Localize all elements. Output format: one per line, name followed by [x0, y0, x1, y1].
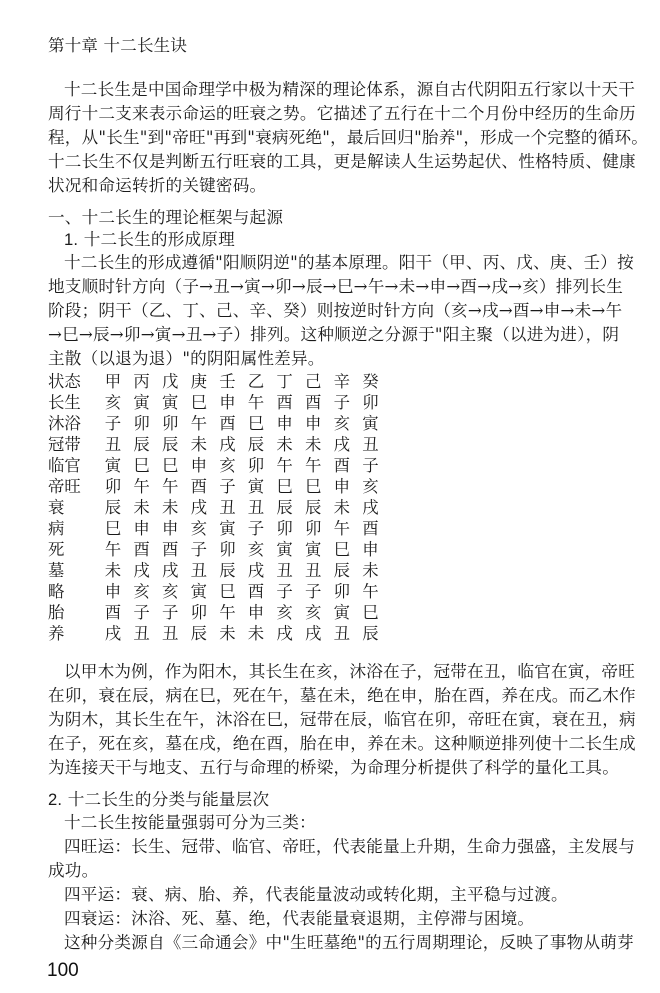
branch-cell: 亥: [216, 455, 238, 476]
branch-cell: 卯: [359, 392, 381, 413]
branch-cell: 卯: [216, 539, 238, 560]
branch-cell: 寅: [359, 413, 381, 434]
branch-cell: 巳: [359, 602, 381, 623]
branch-cell: 丑: [131, 623, 153, 644]
branch-cell: 卯: [131, 413, 153, 434]
branch-cell: 午: [216, 602, 238, 623]
branch-cell: 酉: [359, 518, 381, 539]
section-heading: 一、十二长生的理论框架与起源: [48, 208, 283, 228]
branch-cell: 丑: [188, 560, 210, 581]
branch-cell: 酉: [188, 476, 210, 497]
text-line: 程，从"长生"到"帝旺"再到"衰病死绝"，最后回归"胎养"，形成一个完整的循环。: [48, 128, 648, 148]
branch-cell: 申: [245, 602, 267, 623]
branch-cell: 巳: [159, 455, 181, 476]
row-label: 胎: [48, 602, 108, 623]
row-label: 略: [48, 581, 108, 602]
branch-cell: 戌: [245, 560, 267, 581]
branch-cell: 戌: [302, 623, 324, 644]
subsection-heading: 1. 十二长生的形成原理: [64, 230, 235, 250]
branch-cell: 戌: [188, 497, 210, 518]
branch-cell: 辰: [159, 434, 181, 455]
branch-cell: 申: [274, 413, 296, 434]
branch-cell: 子: [188, 539, 210, 560]
branch-cell: 子: [331, 392, 353, 413]
text-line: 十二长生不仅是判断五行旺衰的工具，更是解读人生运势起伏、性格特质、健康: [48, 152, 636, 172]
text-line: 阶段；阴干（乙、丁、己、辛、癸）则按逆时针方向（亥→戌→酉→申→未→午: [48, 301, 622, 321]
branch-cell: 未: [159, 497, 181, 518]
branch-cell: 午: [188, 413, 210, 434]
branch-cell: 戌: [359, 497, 381, 518]
branch-cell: 午: [131, 476, 153, 497]
branch-cell: 卯: [302, 518, 324, 539]
stem-header-cell: 辛: [331, 371, 353, 392]
text-line: 为连接天干与地支、五行与命理的桥梁，为命理分析提供了科学的量化工具。: [48, 758, 619, 778]
branch-cell: 亥: [331, 413, 353, 434]
branch-cell: 卯: [245, 455, 267, 476]
text-line: 以甲木为例，作为阳木，其长生在亥，沐浴在子，冠带在丑，临官在寅，帝旺: [64, 662, 635, 682]
branch-cell: 巳: [188, 392, 210, 413]
subsection-title: 十二长生的分类与能量层次: [68, 790, 270, 809]
row-label: 病: [48, 518, 108, 539]
branch-cell: 丑: [159, 623, 181, 644]
page-number: 100: [47, 960, 79, 982]
branch-cell: 子: [359, 455, 381, 476]
branch-cell: 卯: [188, 602, 210, 623]
row-label: 衰: [48, 497, 108, 518]
branch-cell: 戌: [159, 560, 181, 581]
branch-cell: 申: [131, 518, 153, 539]
branch-cell: 辰: [102, 497, 124, 518]
subsection-number: 1.: [64, 230, 78, 249]
branch-cell: 辰: [359, 623, 381, 644]
branch-cell: 亥: [245, 539, 267, 560]
branch-cell: 寅: [131, 392, 153, 413]
branch-cell: 丑: [102, 434, 124, 455]
branch-cell: 酉: [331, 455, 353, 476]
branch-cell: 午: [274, 455, 296, 476]
branch-cell: 酉: [102, 602, 124, 623]
subsection-title: 十二长生的形成原理: [84, 230, 235, 249]
branch-cell: 辰: [216, 560, 238, 581]
stem-header-cell: 庚: [188, 371, 210, 392]
stem-header-cell: 癸: [359, 371, 381, 392]
subsection-heading: 2. 十二长生的分类与能量层次: [48, 790, 269, 810]
branch-cell: 巳: [216, 581, 238, 602]
branch-cell: 寅: [245, 476, 267, 497]
branch-cell: 子: [216, 476, 238, 497]
branch-cell: 亥: [274, 602, 296, 623]
branch-cell: 巳: [274, 476, 296, 497]
stem-header-cell: 丙: [131, 371, 153, 392]
branch-cell: 辰: [274, 497, 296, 518]
stem-header-cell: 丁: [274, 371, 296, 392]
branch-cell: 丑: [274, 560, 296, 581]
branch-cell: 巳: [331, 539, 353, 560]
stem-header-cell: 戊: [159, 371, 181, 392]
branch-cell: 午: [245, 392, 267, 413]
branch-cell: 酉: [216, 413, 238, 434]
branch-cell: 午: [359, 581, 381, 602]
branch-cell: 未: [302, 434, 324, 455]
branch-cell: 酉: [274, 392, 296, 413]
branch-cell: 巳: [131, 455, 153, 476]
branch-cell: 酉: [131, 539, 153, 560]
branch-cell: 寅: [102, 455, 124, 476]
branch-cell: 未: [131, 497, 153, 518]
branch-cell: 午: [302, 455, 324, 476]
branch-cell: 巳: [102, 518, 124, 539]
text-line: 四衰运：沐浴、死、墓、绝，代表能量衰退期，主停滞与困境。: [64, 909, 534, 929]
branch-cell: 辰: [131, 434, 153, 455]
branch-cell: 未: [102, 560, 124, 581]
text-line: →巳→辰→卯→寅→丑→子）排列。这种顺逆之分源于"阳主聚（以进为进），阴: [48, 325, 619, 345]
branch-cell: 子: [102, 413, 124, 434]
branch-cell: 辰: [245, 434, 267, 455]
text-line: 十二长生按能量强弱可分为三类：: [64, 813, 316, 833]
row-label: 死: [48, 539, 108, 560]
branch-cell: 未: [274, 434, 296, 455]
branch-cell: 申: [188, 455, 210, 476]
branch-cell: 卯: [274, 518, 296, 539]
branch-cell: 子: [302, 581, 324, 602]
branch-cell: 戌: [331, 434, 353, 455]
text-line: 周行十二支来表示命运的旺衰之势。它描述了五行在十二个月份中经历的生命历: [48, 104, 636, 124]
text-line: 主散（以退为退）"的阴阳属性差异。: [48, 349, 325, 369]
branch-cell: 卯: [102, 476, 124, 497]
branch-cell: 申: [102, 581, 124, 602]
text-line: 状况和命运转折的关键密码。: [48, 176, 266, 196]
text-line: 四旺运：长生、冠带、临官、帝旺，代表能量上升期，生命力强盛，主发展与: [64, 837, 635, 857]
stem-header-cell: 甲: [102, 371, 124, 392]
branch-cell: 未: [188, 434, 210, 455]
branch-cell: 戌: [274, 623, 296, 644]
branch-cell: 丑: [245, 497, 267, 518]
row-label: 临官: [48, 455, 108, 476]
branch-cell: 子: [274, 581, 296, 602]
row-label: 长生: [48, 392, 108, 413]
text-line: 在卯，衰在辰，病在巳，死在午，墓在未，绝在申，胎在酉，养在戌。而乙木作: [48, 686, 636, 706]
branch-cell: 戌: [102, 623, 124, 644]
branch-cell: 卯: [159, 413, 181, 434]
chapter-title: 第十章 十二长生诀: [48, 36, 187, 56]
text-line: 地支顺时针方向（子→丑→寅→卯→辰→巳→午→未→申→酉→戌→亥）排列长生: [48, 277, 623, 297]
branch-cell: 申: [216, 392, 238, 413]
branch-cell: 寅: [302, 539, 324, 560]
branch-cell: 未: [331, 497, 353, 518]
branch-cell: 亥: [359, 476, 381, 497]
text-line: 为阴木，其长生在午，沐浴在巳，冠带在辰，临官在卯，帝旺在寅，衰在丑，病: [48, 710, 636, 730]
branch-cell: 辰: [302, 497, 324, 518]
text-line: 十二长生是中国命理学中极为精深的理论体系，源自古代阴阳五行家以十天干: [64, 80, 635, 100]
branch-cell: 酉: [159, 539, 181, 560]
branch-cell: 亥: [302, 602, 324, 623]
stem-header-cell: 壬: [216, 371, 238, 392]
branch-cell: 丑: [302, 560, 324, 581]
branch-cell: 亥: [131, 581, 153, 602]
branch-cell: 辰: [331, 560, 353, 581]
branch-cell: 巳: [245, 413, 267, 434]
branch-cell: 辰: [188, 623, 210, 644]
branch-cell: 亥: [188, 518, 210, 539]
branch-cell: 寅: [274, 539, 296, 560]
row-label: 墓: [48, 560, 108, 581]
branch-cell: 酉: [245, 581, 267, 602]
branch-cell: 午: [159, 476, 181, 497]
branch-cell: 申: [159, 518, 181, 539]
row-label: 沐浴: [48, 413, 108, 434]
branch-cell: 未: [245, 623, 267, 644]
branch-cell: 戌: [216, 434, 238, 455]
row-label: 冠带: [48, 434, 108, 455]
text-line: 在子，死在亥，墓在戌，绝在酉，胎在申，养在未。这种顺逆排列使十二长生成: [48, 734, 636, 754]
branch-cell: 寅: [216, 518, 238, 539]
branch-cell: 寅: [331, 602, 353, 623]
branch-cell: 戌: [131, 560, 153, 581]
branch-cell: 未: [216, 623, 238, 644]
branch-cell: 丑: [216, 497, 238, 518]
text-line: 这种分类源自《三命通会》中"生旺墓绝"的五行周期理论，反映了事物从萌芽: [64, 933, 634, 953]
branch-cell: 午: [102, 539, 124, 560]
branch-cell: 酉: [302, 392, 324, 413]
branch-cell: 亥: [102, 392, 124, 413]
branch-cell: 申: [302, 413, 324, 434]
branch-cell: 寅: [188, 581, 210, 602]
branch-cell: 子: [245, 518, 267, 539]
row-label: 状态: [48, 371, 108, 392]
branch-cell: 卯: [331, 581, 353, 602]
branch-cell: 申: [331, 476, 353, 497]
text-line: 成功。: [48, 861, 98, 881]
stem-header-cell: 己: [302, 371, 324, 392]
branch-cell: 巳: [302, 476, 324, 497]
branch-cell: 子: [131, 602, 153, 623]
branch-cell: 未: [359, 560, 381, 581]
row-label: 养: [48, 623, 108, 644]
row-label: 帝旺: [48, 476, 108, 497]
branch-cell: 亥: [159, 581, 181, 602]
text-line: 十二长生的形成遵循"阳顺阴逆"的基本原理。阳干（甲、丙、戊、庚、壬）按: [64, 253, 634, 273]
branch-cell: 寅: [159, 392, 181, 413]
stem-header-cell: 乙: [245, 371, 267, 392]
branch-cell: 丑: [359, 434, 381, 455]
subsection-number: 2.: [48, 790, 62, 809]
branch-cell: 丑: [331, 623, 353, 644]
branch-cell: 子: [159, 602, 181, 623]
text-line: 四平运：衰、病、胎、养，代表能量波动或转化期，主平稳与过渡。: [64, 885, 568, 905]
branch-cell: 午: [331, 518, 353, 539]
branch-cell: 申: [359, 539, 381, 560]
